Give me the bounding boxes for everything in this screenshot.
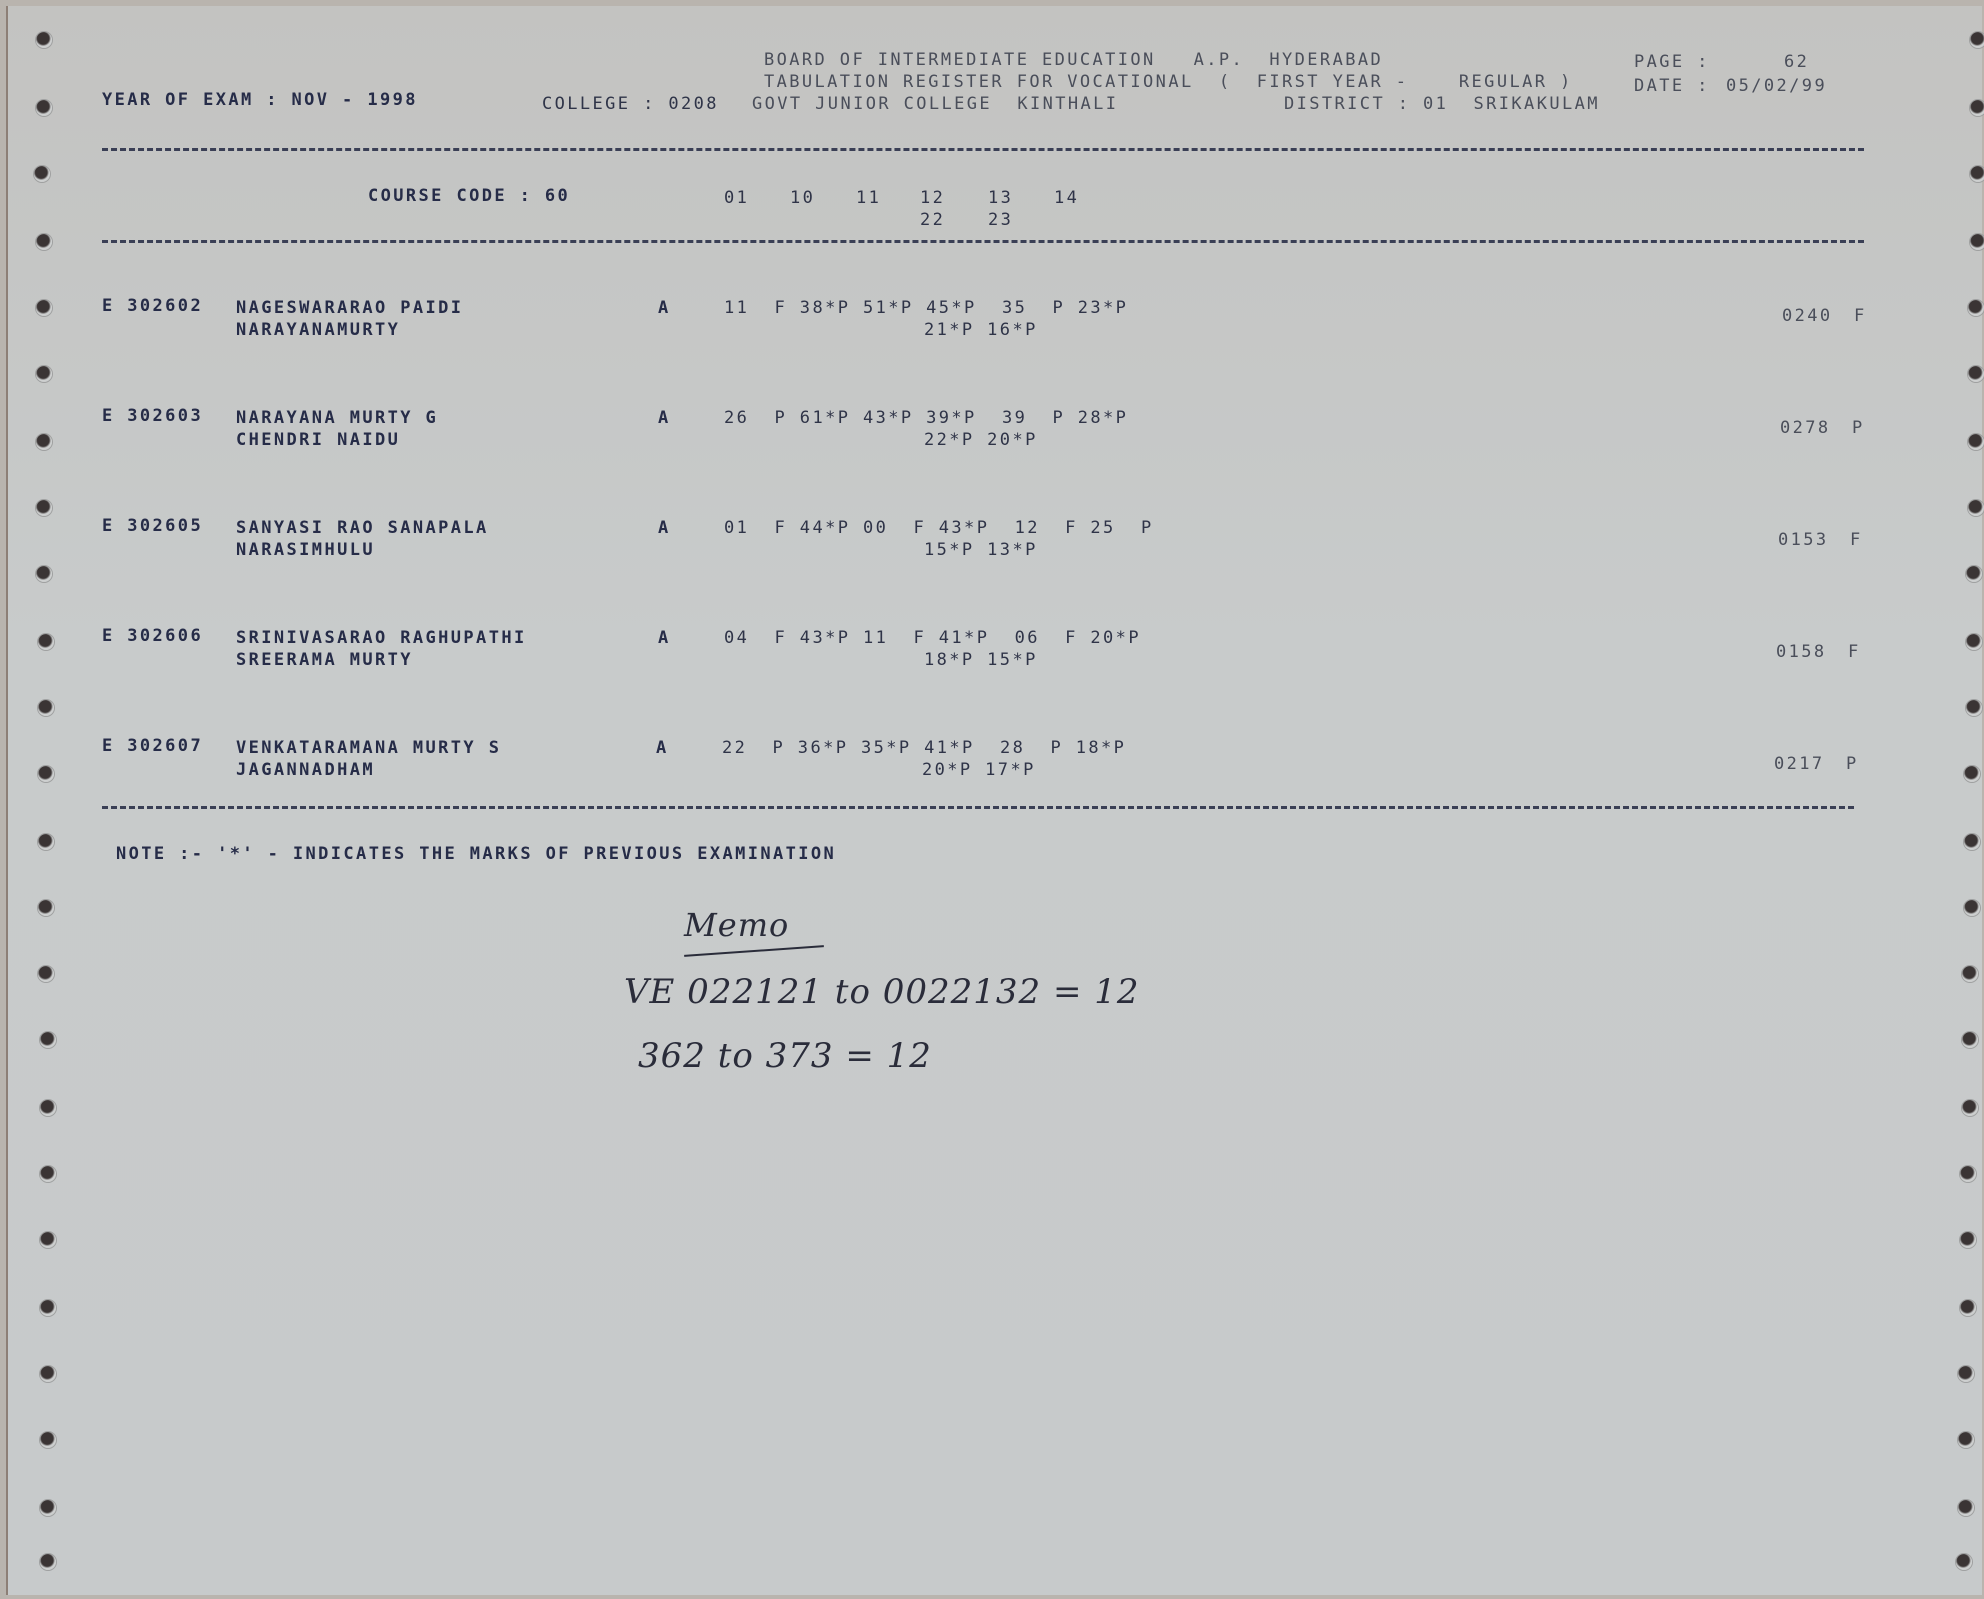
result-status: F — [1854, 306, 1867, 326]
parent-name: CHENDRI NAIDU — [236, 430, 400, 450]
subject-code: 10 — [790, 188, 815, 208]
feed-hole-icon — [1968, 366, 1984, 382]
divider-line — [102, 240, 1864, 243]
marks-line1: 22 P 36*P 35*P 41*P 28 P 18*P — [722, 738, 1126, 758]
feed-hole-icon — [1970, 234, 1984, 250]
marks-line1: 01 F 44*P 00 F 43*P 12 F 25 P — [724, 518, 1154, 538]
feed-hole-icon — [1966, 700, 1982, 716]
grade: A — [658, 298, 671, 318]
result-status: P — [1852, 418, 1865, 438]
memo-line-2: 362 to 373 = 12 — [638, 1036, 932, 1076]
feed-hole-icon — [36, 366, 52, 382]
feed-hole-icon — [1964, 900, 1980, 916]
feed-hole-icon — [1970, 100, 1984, 116]
feed-hole-icon — [1960, 1300, 1976, 1316]
subject-code: 14 — [1054, 188, 1079, 208]
marks-line2: 21*P 16*P — [924, 320, 1038, 340]
student-row: E 302605 SANYASI RAO SANAPALA NARASIMHUL… — [8, 516, 1982, 576]
feed-hole-icon — [36, 500, 52, 516]
student-row: E 302607 VENKATARAMANA MURTY S JAGANNADH… — [8, 736, 1982, 796]
feed-hole-icon — [1962, 1032, 1978, 1048]
feed-hole-icon — [36, 234, 52, 250]
parent-name: SREERAMA MURTY — [236, 650, 413, 670]
total-marks: 0217 — [1774, 754, 1825, 774]
date-label: DATE : — [1634, 76, 1710, 96]
divider-line — [102, 806, 1854, 809]
grade: A — [658, 628, 671, 648]
result-status: F — [1848, 642, 1861, 662]
feed-hole-icon — [1958, 1432, 1974, 1448]
student-row: E 302602 NAGESWARARAO PAIDI NARAYANAMURT… — [8, 296, 1982, 356]
student-name: VENKATARAMANA MURTY S — [236, 738, 501, 758]
marks-line1: 04 F 43*P 11 F 41*P 06 F 20*P — [724, 628, 1141, 648]
feed-hole-icon — [36, 100, 52, 116]
feed-hole-icon — [1962, 966, 1978, 982]
grade: A — [658, 408, 671, 428]
student-name: NARAYANA MURTY G — [236, 408, 438, 428]
page-number: 62 — [1784, 52, 1809, 72]
roll-number: E 302602 — [102, 296, 203, 316]
marks-line2: 20*P 17*P — [922, 760, 1036, 780]
feed-hole-icon — [40, 1166, 56, 1182]
feed-hole-icon — [1962, 1100, 1978, 1116]
student-row: E 302606 SRINIVASARAO RAGHUPATHI SREERAM… — [8, 626, 1982, 686]
district: DISTRICT : 01 SRIKAKULAM — [1284, 94, 1600, 114]
feed-hole-icon — [38, 700, 54, 716]
divider-line — [102, 148, 1864, 151]
student-row: E 302603 NARAYANA MURTY G CHENDRI NAIDU … — [8, 406, 1982, 466]
memo-line-1: VE 022121 to 0022132 = 12 — [624, 972, 1140, 1012]
roll-number: E 302606 — [102, 626, 203, 646]
feed-hole-icon — [1964, 834, 1980, 850]
parent-name: JAGANNADHAM — [236, 760, 375, 780]
marks-line2: 15*P 13*P — [924, 540, 1038, 560]
feed-hole-icon — [38, 966, 54, 982]
total-marks: 0158 — [1776, 642, 1827, 662]
parent-name: NARASIMHULU — [236, 540, 375, 560]
feed-hole-icon — [40, 1100, 56, 1116]
subject-code: 01 — [724, 188, 749, 208]
memo-underline — [684, 945, 824, 957]
feed-hole-icon — [34, 166, 50, 182]
total-marks: 0153 — [1778, 530, 1829, 550]
feed-hole-icon — [40, 1232, 56, 1248]
feed-hole-icon — [36, 32, 52, 48]
feed-hole-icon — [40, 1554, 56, 1570]
grade: A — [658, 518, 671, 538]
parent-name: NARAYANAMURTY — [236, 320, 400, 340]
feed-hole-icon — [40, 1432, 56, 1448]
subject-code: 23 — [988, 210, 1013, 230]
feed-hole-icon — [1970, 166, 1984, 182]
feed-hole-icon — [38, 834, 54, 850]
total-marks: 0278 — [1780, 418, 1831, 438]
total-marks: 0240 — [1782, 306, 1833, 326]
result-status: P — [1846, 754, 1859, 774]
page-label: PAGE : — [1634, 52, 1710, 72]
feed-hole-icon — [40, 1500, 56, 1516]
feed-hole-icon — [40, 1032, 56, 1048]
feed-hole-icon — [40, 1366, 56, 1382]
feed-hole-icon — [1960, 1232, 1976, 1248]
memo-heading: Memo — [684, 906, 789, 944]
marks-line2: 22*P 20*P — [924, 430, 1038, 450]
footnote: NOTE :- '*' - INDICATES THE MARKS OF PRE… — [116, 844, 836, 864]
feed-hole-icon — [1958, 1500, 1974, 1516]
student-name: SRINIVASARAO RAGHUPATHI — [236, 628, 527, 648]
roll-number: E 302607 — [102, 736, 203, 756]
feed-hole-icon — [1958, 1366, 1974, 1382]
marks-line1: 11 F 38*P 51*P 45*P 35 P 23*P — [724, 298, 1128, 318]
year-of-exam: YEAR OF EXAM : NOV - 1998 — [102, 90, 418, 110]
roll-number: E 302603 — [102, 406, 203, 426]
subject-code: 12 — [920, 188, 945, 208]
grade: A — [656, 738, 669, 758]
roll-number: E 302605 — [102, 516, 203, 536]
feed-hole-icon — [1970, 32, 1984, 48]
student-name: SANYASI RAO SANAPALA — [236, 518, 489, 538]
feed-hole-icon — [1956, 1554, 1972, 1570]
tabulation-sheet: BOARD OF INTERMEDIATE EDUCATION A.P. HYD… — [6, 6, 1982, 1595]
feed-hole-icon — [1960, 1166, 1976, 1182]
feed-hole-icon — [1968, 500, 1984, 516]
feed-hole-icon — [38, 900, 54, 916]
subject-code: 11 — [856, 188, 881, 208]
register-title: TABULATION REGISTER FOR VOCATIONAL ( FIR… — [764, 72, 1573, 92]
feed-hole-icon — [40, 1300, 56, 1316]
college-name: GOVT JUNIOR COLLEGE KINTHALI — [752, 94, 1118, 114]
college-code: COLLEGE : 0208 — [542, 94, 719, 114]
report-date: 05/02/99 — [1726, 76, 1827, 96]
board-title: BOARD OF INTERMEDIATE EDUCATION A.P. HYD… — [764, 50, 1383, 70]
marks-line2: 18*P 15*P — [924, 650, 1038, 670]
result-status: F — [1850, 530, 1863, 550]
student-name: NAGESWARARAO PAIDI — [236, 298, 463, 318]
subject-code: 13 — [988, 188, 1013, 208]
subject-code: 22 — [920, 210, 945, 230]
course-code: COURSE CODE : 60 — [368, 186, 570, 206]
marks-line1: 26 P 61*P 43*P 39*P 39 P 28*P — [724, 408, 1128, 428]
